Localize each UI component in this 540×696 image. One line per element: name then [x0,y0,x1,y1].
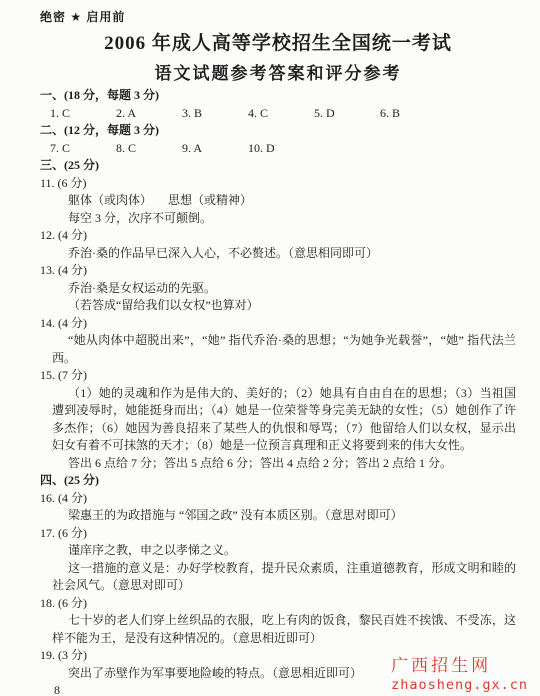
watermark-site-url: zhaosheng.gx.cn [391,676,528,694]
item-13-answer: 乔治·桑是女权运动的先驱。 [40,280,516,298]
watermark-site-name: 广西招生网 [391,656,528,676]
section-3-heading: 三、(25 分) [40,157,516,175]
answer-key-body: 一、(18 分，每题 3 分) 1. C2. A3. B4. C5. D6. B… [40,87,516,696]
answer-q8: 8. C [116,140,182,158]
item-14-heading: 14. (4 分) [40,315,516,333]
item-11-heading: 11. (6 分) [40,175,516,193]
item-17-heading: 17. (6 分) [40,525,516,543]
section-1-heading: 一、(18 分，每题 3 分) [40,87,516,105]
doc-subtitle: 语文试题参考答案和评分参考 [40,59,516,84]
answer-q4: 4. C [248,105,314,123]
item-15-heading: 15. (7 分) [40,367,516,385]
item-12-answer: 乔治·桑的作品早已深入人心，不必赘述。（意思相同即可） [40,245,516,263]
item-14-answer: “她从肉体中超脱出来”，“她” 指代乔治·桑的思想；“为她争光载誉”，“她” 指… [40,332,516,367]
item-17-answer: 这一措施的意义是：办好学校教育，提升民众素质，注重道德教育，形成文明和睦的社会风… [40,560,516,595]
answer-q2: 2. A [116,105,182,123]
item-17-quote: 谨庠序之教，申之以孝悌之义。 [40,542,516,560]
item-11-blank-2: 思想（或精神） [168,193,252,207]
answer-q6: 6. B [380,105,446,123]
item-18-answer: 七十岁的老人们穿上丝织品的衣服，吃上有肉的饭食，黎民百姓不挨饿、不受冻，这样不能… [40,612,516,647]
answer-q1: 1. C [50,105,116,123]
answers-row-1: 1. C2. A3. B4. C5. D6. B [40,105,516,123]
answer-q7: 7. C [50,140,116,158]
section-2-heading: 二、(12 分，每题 3 分) [40,122,516,140]
section-4-heading: 四、(25 分) [40,472,516,490]
site-watermark: 广西招生网 zhaosheng.gx.cn [391,656,528,694]
item-13-heading: 13. (4 分) [40,262,516,280]
answer-q5: 5. D [314,105,380,123]
answers-row-2: 7. C8. C9. A10. D [40,140,516,158]
answer-q3: 3. B [182,105,248,123]
item-11-answer: 躯体（或肉体）思想（或精神） [40,192,516,210]
item-11-note: 每空 3 分，次序不可颠倒。 [40,210,516,228]
item-15-scoring-rule: 答出 6 点给 7 分；答出 5 点给 6 分；答出 4 点给 2 分；答出 2… [40,455,516,473]
scanned-answer-sheet: 绝密 ★ 启用前 2006 年成人高等学校招生全国统一考试 语文试题参考答案和评… [0,0,540,696]
exam-title: 2006 年成人高等学校招生全国统一考试 [40,28,516,55]
item-16-answer: 梁惠王的为政措施与 “邻国之政” 没有本质区别。（意思对即可） [40,507,516,525]
item-15-answer: （1）她的灵魂和作为是伟大的、美好的；（2）她具有自由自在的思想；（3）当祖国遭… [40,385,516,455]
answer-q10: 10. D [248,140,314,158]
item-11-blank-1: 躯体（或肉体） [68,193,152,207]
item-12-heading: 12. (4 分) [40,227,516,245]
item-16-heading: 16. (4 分) [40,490,516,508]
answer-q9: 9. A [182,140,248,158]
item-18-heading: 18. (6 分) [40,595,516,613]
item-13-note: （若答成“留给我们以女权”也算对） [40,297,516,315]
classification-label: 绝密 ★ 启用前 [40,8,516,25]
